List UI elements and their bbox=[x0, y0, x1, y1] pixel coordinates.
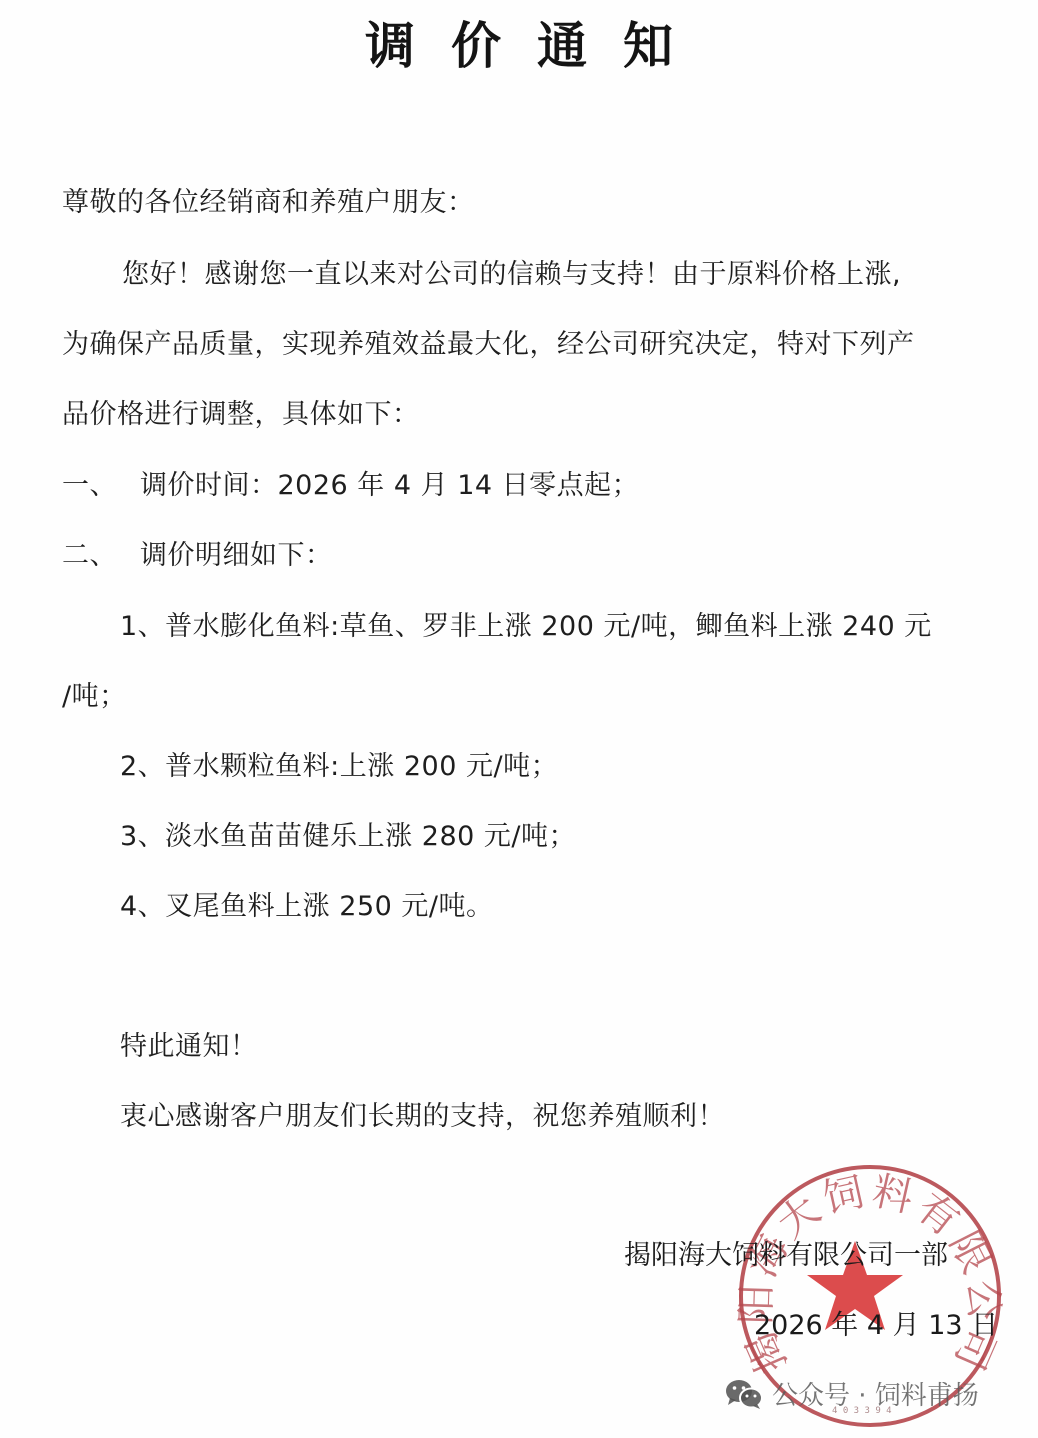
price-item-4: 4、叉尾鱼料上涨 250 元/吨。 bbox=[120, 884, 493, 923]
intro-line-2: 为确保产品质量，实现养殖效益最大化，经公司研究决定，特对下列产 bbox=[62, 322, 915, 361]
price-item-2: 2、普水颗粒鱼料:上涨 200 元/吨； bbox=[120, 744, 558, 783]
thanks-line: 衷心感谢客户朋友们长期的支持，祝您养殖顺利！ bbox=[120, 1094, 725, 1133]
section-adjust-details: 二、调价明细如下： bbox=[62, 533, 333, 572]
section-number: 一、 bbox=[62, 463, 140, 502]
section-text: 调价时间：2026 年 4 月 14 日零点起； bbox=[140, 470, 639, 501]
signature-company: 揭阳海大饲料有限公司一部 bbox=[624, 1233, 948, 1272]
section-number: 二、 bbox=[62, 533, 140, 572]
wechat-icon bbox=[724, 1378, 764, 1410]
document-title: 调价通知 bbox=[0, 6, 1038, 78]
watermark: 公众号 · 饲料甫扬 bbox=[724, 1375, 979, 1412]
price-item-3: 3、淡水鱼苗苗健乐上涨 280 元/吨； bbox=[120, 814, 576, 853]
intro-line-3: 品价格进行调整，具体如下： bbox=[62, 392, 420, 431]
intro-line-1: 您好！感谢您一直以来对公司的信赖与支持！由于原料价格上涨, bbox=[122, 252, 901, 291]
svg-text:揭阳海大饲料有限公司: 揭阳海大饲料有限公司 bbox=[737, 1168, 1003, 1380]
document-page: 调价通知 尊敬的各位经销商和养殖户朋友： 您好！感谢您一直以来对公司的信赖与支持… bbox=[0, 0, 1038, 1438]
price-item-1-continued: /吨； bbox=[62, 674, 127, 713]
signature-date: 2026 年 4 月 13 日 bbox=[754, 1303, 998, 1342]
salutation: 尊敬的各位经销商和养殖户朋友： bbox=[62, 180, 475, 219]
closing-notice: 特此通知！ bbox=[120, 1024, 258, 1063]
section-adjust-time: 一、调价时间：2026 年 4 月 14 日零点起； bbox=[62, 463, 639, 502]
section-text: 调价明细如下： bbox=[140, 540, 333, 571]
price-item-1: 1、普水膨化鱼料:草鱼、罗非上涨 200 元/吨，鲫鱼料上涨 240 元 bbox=[120, 604, 932, 643]
watermark-text: 公众号 · 饲料甫扬 bbox=[772, 1375, 979, 1412]
